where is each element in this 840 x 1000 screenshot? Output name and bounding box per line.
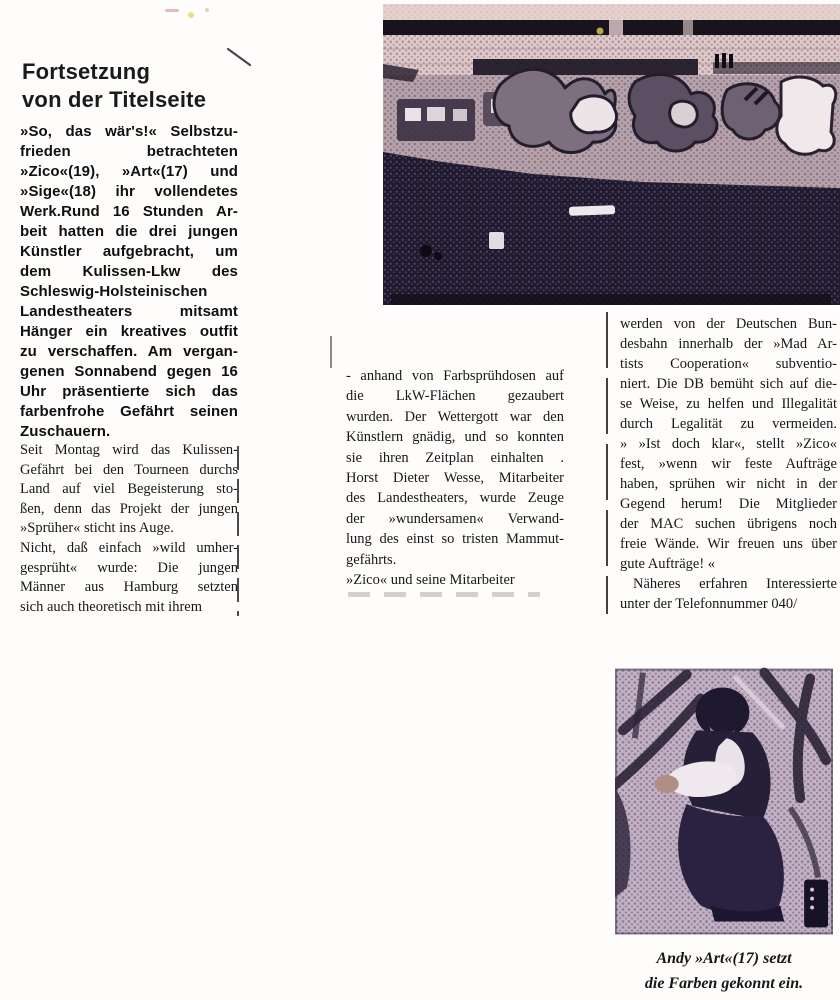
text-line: wurden. Der Wettergott war den — [346, 407, 564, 427]
text-line: die Farben gekonnt ein. — [608, 971, 840, 996]
text-line: Land auf viel Begeisterung sto- — [20, 480, 238, 500]
text-line: niert. Die DB bemüht sich auf die- — [620, 374, 837, 394]
text-line: »Zico«(19), »Art«(17) und — [20, 162, 238, 182]
column-rule-right — [606, 312, 608, 614]
text-line: sich auch theoretisch mit ihrem — [20, 598, 238, 618]
text-line: werden von der Deutschen Bun- — [620, 314, 837, 334]
text-line: Zuschauern. — [20, 422, 238, 442]
text-line: Horst Dieter Wesse, Mitarbeiter — [346, 468, 564, 488]
text-line: » »Ist doch klar«, stellt »Zico« — [620, 434, 837, 454]
scan-speck — [188, 12, 194, 18]
text-line: freie Wände. Wir freuen uns über — [620, 534, 837, 554]
text-line: farbenfrohe Gefährt seinen — [20, 402, 238, 422]
text-line: Landestheaters mitsamt — [20, 302, 238, 322]
text-line: von der Titelseite — [22, 86, 237, 114]
text-line: »So, das wär's!« Selbstzu- — [20, 122, 238, 142]
text-line: Fortsetzung — [22, 58, 237, 86]
text-line: sie ihren Zeitplan einhalten . — [346, 448, 564, 468]
text-line: Werk.Rund 16 Stunden Ar- — [20, 202, 238, 222]
text-line: Männer aus Hamburg setzten — [20, 578, 238, 598]
text-line: - anhand von Farbsprühdosen auf — [346, 366, 564, 386]
photo-andy-painting — [615, 665, 833, 938]
text-line: Nicht, daß einfach »wild umher- — [20, 539, 238, 559]
text-line: lung des einst so tristen Mammut- — [346, 529, 564, 549]
column-rule-left — [237, 446, 239, 616]
scan-speck — [165, 9, 179, 12]
spray-equipment — [804, 880, 828, 928]
text-line: Gegend herum! Die Mitglieder — [620, 494, 837, 514]
left-column-text: Seit Montag wird das Kulissen-Gefährt be… — [20, 441, 238, 617]
text-line: zu verschaffen. Am vergan- — [20, 342, 238, 362]
text-line: »Sige«(18) ihr vollendetes — [20, 182, 238, 202]
newspaper-clipping-page: Fortsetzungvon der Titelseite »So, das w… — [0, 0, 840, 1000]
text-line: der »wundersamen« Verwand- — [346, 509, 564, 529]
text-line: se Weise, zu helfen und Illegalität — [620, 394, 837, 414]
text-line: desbahn innerhalb der »Mad Ar- — [620, 334, 837, 354]
text-line: gesprüht« wurde: Die jungen — [20, 559, 238, 579]
text-line: beit hatten die drei jungen — [20, 222, 238, 242]
lead-paragraph: »So, das wär's!« Selbstzu-frieden betrac… — [20, 122, 238, 442]
photo-graffiti-truck — [383, 4, 840, 305]
text-line: Näheres erfahren Interessierte — [620, 574, 837, 594]
pen-mark-artifact — [226, 46, 254, 70]
middle-column-text: - anhand von Farbsprühdosen aufdie LkW-F… — [346, 366, 564, 590]
text-line: unter der Telefonnummer 040/ — [620, 594, 837, 614]
photo-caption: Andy »Art«(17) setztdie Farben gekonnt e… — [608, 946, 840, 996]
right-column-text: werden von der Deutschen Bun-desbahn inn… — [620, 314, 837, 614]
text-line: fest, »wenn wir feste Aufträge — [620, 454, 837, 474]
text-line: dem Kulissen-Lkw des — [20, 262, 238, 282]
scan-speck — [205, 8, 209, 12]
continuation-headline: Fortsetzungvon der Titelseite — [22, 58, 237, 114]
text-line: Seit Montag wird das Kulissen- — [20, 441, 238, 461]
text-line: gefährts. — [346, 550, 564, 570]
text-line: haben, sprühen wir nicht in der — [620, 474, 837, 494]
text-line: frieden betrachteten — [20, 142, 238, 162]
text-line: genen Sonnabend gegen 16 — [20, 362, 238, 382]
text-line: ßen, denn das Projekt der jungen — [20, 500, 238, 520]
text-line: »Sprüher« sticht ins Auge. — [20, 519, 238, 539]
text-line: Schleswig-Holsteinischen — [20, 282, 238, 302]
text-line: die LkW-Flächen gezaubert — [346, 386, 564, 406]
text-line: durch Legalität zu vermeiden. — [620, 414, 837, 434]
text-line: Uhr präsentierte sich das — [20, 382, 238, 402]
text-line: tists Cooperation« subventio- — [620, 354, 837, 374]
text-line: Andy »Art«(17) setzt — [608, 946, 840, 971]
text-line: gute Aufträge! « — [620, 554, 837, 574]
column-rule-fragment — [330, 336, 332, 368]
text-line: des Landestheaters, wurde Zeuge — [346, 488, 564, 508]
smudge-artifact — [348, 592, 540, 597]
text-line: Hänger ein kreatives outfit — [20, 322, 238, 342]
text-line: Künstler aufgebracht, um — [20, 242, 238, 262]
text-line: »Zico« und seine Mitarbeiter — [346, 570, 564, 590]
text-line: Künstlern gnädig, und so konnten — [346, 427, 564, 447]
text-line: der MAC suchen übrigens noch — [620, 514, 837, 534]
text-line: Gefährt bei den Tourneen durchs — [20, 461, 238, 481]
